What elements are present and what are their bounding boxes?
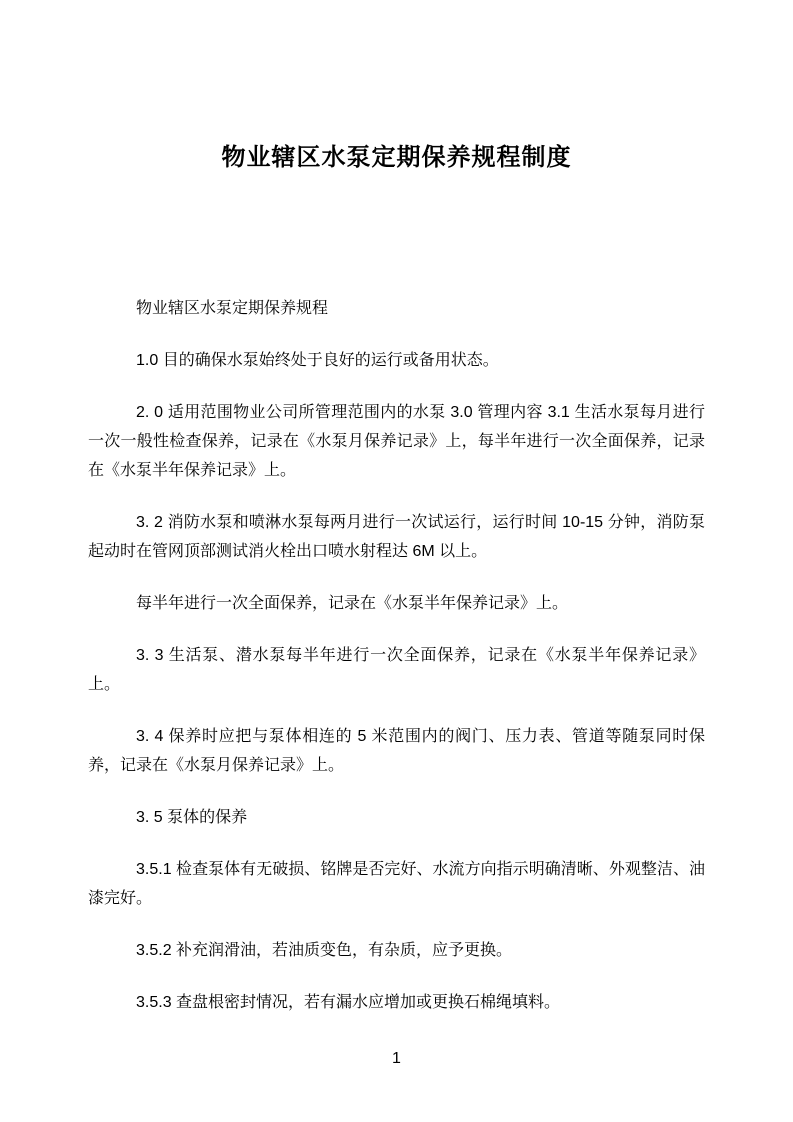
paragraph-check-body: 3.5.1 检查泵体有无破损、铭牌是否完好、水流方向指示明确清晰、外观整洁、油漆… <box>88 855 705 913</box>
paragraph-pump-body-heading: 3. 5 泵体的保养 <box>88 803 705 832</box>
paragraph-lubricant: 3.5.2 补充润滑油，若油质变色，有杂质，应予更换。 <box>88 936 705 965</box>
paragraph-connected-parts: 3. 4 保养时应把与泵体相连的 5 米范围内的阀门、压力表、管道等随泵同时保养… <box>88 722 705 780</box>
document-title: 物业辖区水泵定期保养规程制度 <box>0 141 793 175</box>
paragraph-fire-pump: 3. 2 消防水泵和喷淋水泵每两月进行一次试运行，运行时间 10-15 分钟，消… <box>88 508 705 566</box>
document-body: 物业辖区水泵定期保养规程 1.0 目的确保水泵始终处于良好的运行或备用状态。 2… <box>88 294 705 1017</box>
page-number: 1 <box>0 1048 793 1070</box>
paragraph-scope: 2. 0 适用范围物业公司所管理范围内的水泵 3.0 管理内容 3.1 生活水泵… <box>88 398 705 485</box>
paragraph-section-heading: 物业辖区水泵定期保养规程 <box>88 294 705 323</box>
paragraph-purpose: 1.0 目的确保水泵始终处于良好的运行或备用状态。 <box>88 346 705 375</box>
paragraph-seal: 3.5.3 查盘根密封情况，若有漏水应增加或更换石棉绳填料。 <box>88 988 705 1017</box>
document-page: 物业辖区水泵定期保养规程制度 物业辖区水泵定期保养规程 1.0 目的确保水泵始终… <box>0 0 793 1122</box>
paragraph-life-pump: 3. 3 生活泵、潜水泵每半年进行一次全面保养，记录在《水泵半年保养记录》上。 <box>88 641 705 699</box>
paragraph-half-year: 每半年进行一次全面保养，记录在《水泵半年保养记录》上。 <box>88 589 705 618</box>
